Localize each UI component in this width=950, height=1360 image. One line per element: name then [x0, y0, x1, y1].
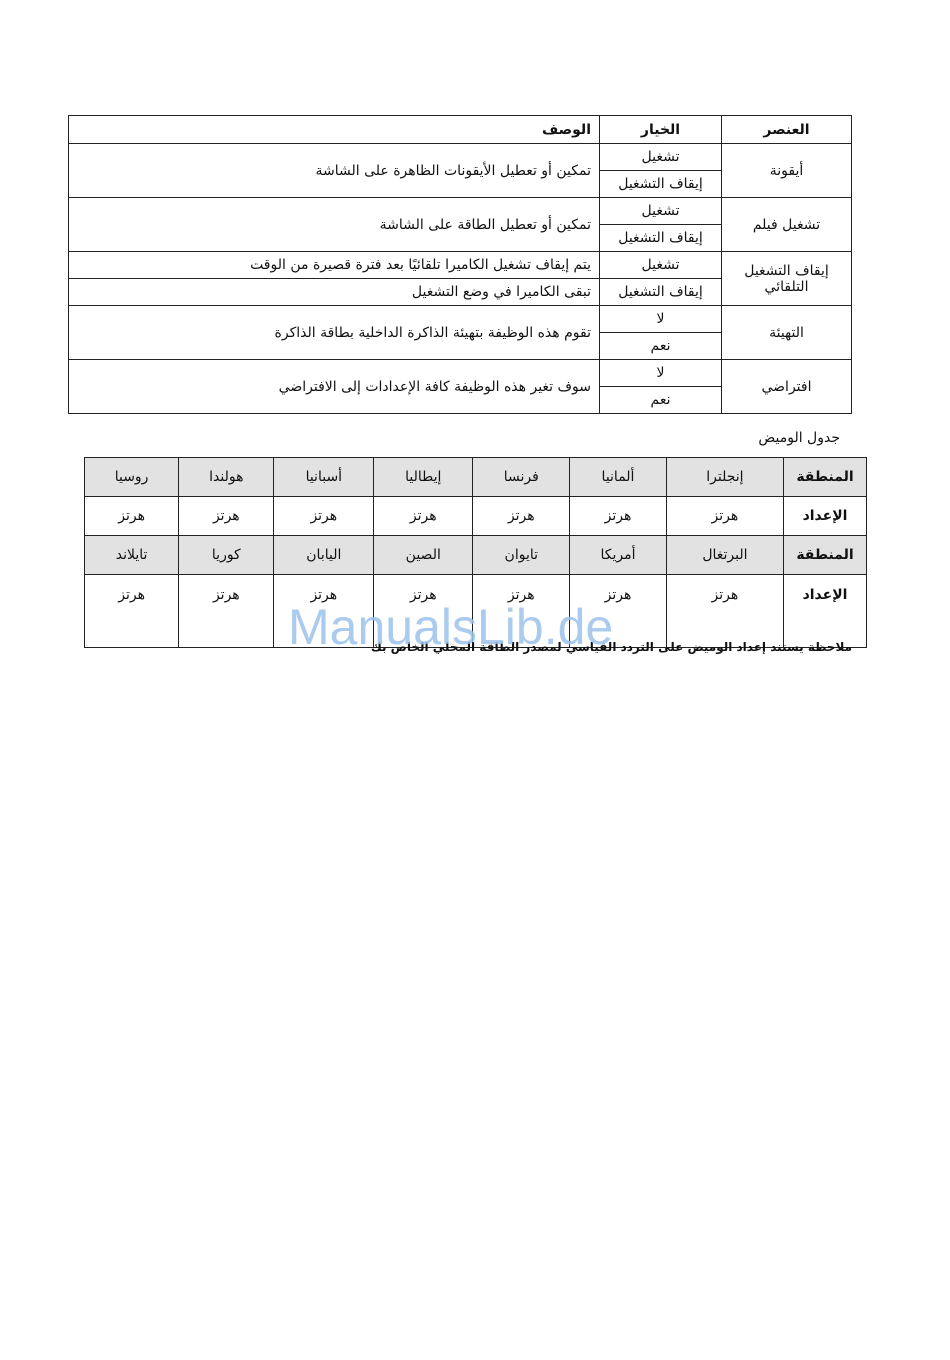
setting-cell: هرتز: [274, 497, 374, 536]
region-cell: إيطاليا: [374, 458, 473, 497]
element-cell: افتراضي: [722, 360, 852, 414]
description-cell: تمكين أو تعطيل الأيقونات الظاهرة على الش…: [69, 144, 600, 198]
setting-cell: هرتز: [179, 497, 274, 536]
setting-cell: هرتز: [666, 575, 783, 648]
option-cell: تشغيل: [600, 198, 722, 225]
region-cell: تايلاند: [85, 536, 179, 575]
region-cell: إنجلترا: [666, 458, 783, 497]
settings-table: العنصر الخيار الوصف أيقونة تشغيل تمكين أ…: [68, 115, 852, 414]
element-cell: إيقاف التشغيل التلقائي: [722, 252, 852, 306]
table-row: أيقونة تشغيل تمكين أو تعطيل الأيقونات ال…: [69, 144, 852, 171]
setting-label: الإعداد: [784, 497, 867, 536]
setting-cell: هرتز: [374, 575, 473, 648]
header-option: الخيار: [600, 116, 722, 144]
region-label: المنطقة: [784, 536, 867, 575]
region-cell: هولندا: [179, 458, 274, 497]
description-cell: سوف تغير هذه الوظيفة كافة الإعدادات إلى …: [69, 360, 600, 414]
option-cell: لا: [600, 306, 722, 333]
setting-cell: هرتز: [570, 497, 667, 536]
region-cell: الصين: [374, 536, 473, 575]
table-row: افتراضي لا سوف تغير هذه الوظيفة كافة الإ…: [69, 360, 852, 387]
option-cell: نعم: [600, 333, 722, 360]
setting-cell: هرتز: [473, 575, 570, 648]
setting-row: الإعداد هرتز هرتز هرتز هرتز هرتز هرتز هر…: [85, 575, 867, 648]
option-cell: إيقاف التشغيل: [600, 171, 722, 198]
region-cell: البرتغال: [666, 536, 783, 575]
description-cell: تمكين أو تعطيل الطاقة على الشاشة: [69, 198, 600, 252]
setting-cell: هرتز: [473, 497, 570, 536]
region-row: المنطقة البرتغال أمريكا تايوان الصين الي…: [85, 536, 867, 575]
setting-cell: هرتز: [179, 575, 274, 648]
element-cell: تشغيل فيلم: [722, 198, 852, 252]
setting-cell: هرتز: [85, 497, 179, 536]
flash-note: ملاحظة يستند إعداد الوميض على التردد الق…: [371, 640, 852, 654]
table-row: إيقاف التشغيل التلقائي تشغيل يتم إيقاف ت…: [69, 252, 852, 279]
region-cell: كوريا: [179, 536, 274, 575]
region-cell: روسيا: [85, 458, 179, 497]
description-cell: تبقى الكاميرا في وضع التشغيل: [69, 279, 600, 306]
setting-cell: هرتز: [666, 497, 783, 536]
region-label: المنطقة: [784, 458, 867, 497]
setting-row: الإعداد هرتز هرتز هرتز هرتز هرتز هرتز هر…: [85, 497, 867, 536]
element-cell: التهيئة: [722, 306, 852, 360]
option-cell: لا: [600, 360, 722, 387]
option-cell: نعم: [600, 387, 722, 414]
setting-cell: هرتز: [274, 575, 374, 648]
element-cell: أيقونة: [722, 144, 852, 198]
region-cell: تايوان: [473, 536, 570, 575]
header-description: الوصف: [69, 116, 600, 144]
flash-table: المنطقة إنجلترا ألمانيا فرنسا إيطاليا أس…: [84, 457, 867, 648]
table-row: تشغيل فيلم تشغيل تمكين أو تعطيل الطاقة ع…: [69, 198, 852, 225]
option-cell: إيقاف التشغيل: [600, 225, 722, 252]
region-cell: أسبانيا: [274, 458, 374, 497]
table-row: التهيئة لا تقوم هذه الوظيفة بتهيئة الذاك…: [69, 306, 852, 333]
region-cell: ألمانيا: [570, 458, 667, 497]
description-cell: يتم إيقاف تشغيل الكاميرا تلقائيًا بعد فت…: [69, 252, 600, 279]
region-cell: اليابان: [274, 536, 374, 575]
option-cell: تشغيل: [600, 252, 722, 279]
header-element: العنصر: [722, 116, 852, 144]
region-cell: أمريكا: [570, 536, 667, 575]
option-cell: إيقاف التشغيل: [600, 279, 722, 306]
setting-cell: هرتز: [570, 575, 667, 648]
setting-label: الإعداد: [784, 575, 867, 648]
region-row: المنطقة إنجلترا ألمانيا فرنسا إيطاليا أس…: [85, 458, 867, 497]
option-cell: تشغيل: [600, 144, 722, 171]
setting-cell: هرتز: [374, 497, 473, 536]
setting-cell: هرتز: [85, 575, 179, 648]
flash-table-caption: جدول الوميض: [758, 430, 840, 446]
description-cell: تقوم هذه الوظيفة بتهيئة الذاكرة الداخلية…: [69, 306, 600, 360]
settings-header-row: العنصر الخيار الوصف: [69, 116, 852, 144]
region-cell: فرنسا: [473, 458, 570, 497]
